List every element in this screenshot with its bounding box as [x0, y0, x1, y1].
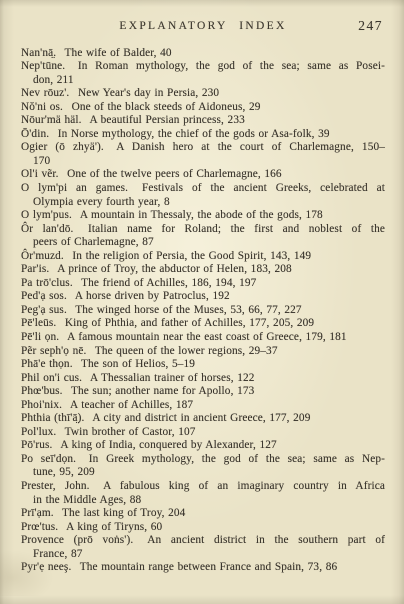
entry-term: Phā'e thọn. [21, 358, 73, 370]
entry-continuation-line: peers of Charlemagne, 87 [21, 236, 385, 250]
entry-definition: In Roman mythology, the god of the sea; … [78, 60, 385, 72]
index-entry: Ō'din. In Norse mythology, the chief of … [21, 128, 385, 142]
index-entry: Pē'leūs. King of Phthia, and father of A… [21, 317, 385, 331]
page-title: EXPLANATORY INDEX [21, 20, 385, 32]
entry-first-line: Ogier (ō zhyä'). A Danish hero at the co… [21, 141, 385, 155]
entry-term: Ôr lan'dō. [21, 223, 73, 235]
book-page-scan: EXPLANATORY INDEX 247 Nan'nā̤. The wife … [0, 0, 404, 604]
entry-first-line: Nan'nā̤. The wife of Balder, 40 [21, 47, 385, 61]
entry-term: Ogier (ō zhyä'). [21, 141, 104, 153]
entry-definition: A king of Tiryns, 60 [66, 521, 162, 533]
entry-definition: The sun; another name for Apollo, 173 [71, 385, 254, 397]
index-entry: Par'is. A prince of Troy, the abductor o… [21, 263, 385, 277]
entry-term: O lym'pi an games. [21, 182, 128, 194]
entry-first-line: Phœ'bus. The sun; another name for Apoll… [21, 385, 385, 399]
entry-term: Pol'lux. [21, 426, 56, 438]
entry-term: Prī'ạm. [21, 507, 54, 519]
entry-first-line: Pē'leūs. King of Phthia, and father of A… [21, 317, 385, 331]
index-entry: O lym'pi an games. Festivals of the anci… [21, 182, 385, 209]
entry-definition: In the religion of Persia, the Good Spir… [72, 250, 311, 262]
index-entry: Prœ'tus. A king of Tiryns, 60 [21, 521, 385, 535]
entry-first-line: Prester, John. A fabulous king of an ima… [21, 480, 385, 494]
entry-term: Phil on'i cus. [21, 372, 82, 384]
entry-term: Nep'tūne. [21, 60, 65, 72]
entry-term: Phoi'nix. [21, 399, 62, 411]
index-entry: Prester, John. A fabulous king of an ima… [21, 480, 385, 507]
index-entry: Nŏ'ni os. One of the black steeds of Aid… [21, 101, 385, 115]
entry-definition: An ancient district in the southern part… [147, 534, 385, 546]
index-entry: Ôr lan'dō. Italian name for Roland; the … [21, 223, 385, 250]
entry-definition: A fabulous king of an imaginary country … [103, 480, 385, 492]
entry-definition: In Norse mythology, the chief of the god… [58, 128, 330, 140]
entry-term: Provence (prō voṅs'). [21, 534, 133, 546]
entry-first-line: Pa trō'clus. The friend of Achilles, 186… [21, 277, 385, 291]
entry-definition: One of the twelve peers of Charlemagne, … [67, 168, 282, 180]
entry-term: Ped'ạ sos. [21, 290, 67, 302]
entry-first-line: Prī'ạm. The last king of Troy, 204 [21, 507, 385, 521]
index-entry: Phœ'bus. The sun; another name for Apoll… [21, 385, 385, 399]
index-entry: Pẽr seph'ọ nē. The queen of the lower re… [21, 345, 385, 359]
entry-term: Nev rōuz'. [21, 87, 69, 99]
entry-definition: The last king of Troy, 204 [62, 507, 185, 519]
entry-term: Pẽr seph'ọ nē. [21, 345, 86, 357]
entry-definition: Italian name for Roland; the first and n… [88, 223, 385, 235]
page-number: 247 [358, 18, 383, 34]
entry-continuation-line: Olympia every fourth year, 8 [21, 196, 385, 210]
index-entry: Phā'e thọn. The son of Helios, 5–19 [21, 358, 385, 372]
index-entry: Pyr'ẹ neeş. The mountain range between F… [21, 561, 385, 575]
entry-first-line: Pyr'ẹ neeş. The mountain range between F… [21, 561, 385, 575]
entry-first-line: Nev rōuz'. New Year's day in Persia, 230 [21, 87, 385, 101]
index-entry: Ol'i vẽr. One of the twelve peers of Cha… [21, 168, 385, 182]
index-entry: O lym'pus. A mountain in Thessaly, the a… [21, 209, 385, 223]
entry-term: Par'is. [21, 263, 49, 275]
entry-definition: A king of India, conquered by Alexander,… [60, 439, 276, 451]
entry-definition: The son of Helios, 5–19 [81, 358, 195, 370]
entry-continuation-line: don, 211 [21, 74, 385, 88]
entry-first-line: O lym'pus. A mountain in Thessaly, the a… [21, 209, 385, 223]
entry-first-line: Pō'rus. A king of India, conquered by Al… [21, 439, 385, 453]
index-entry: Nōur'mä häl. A beautiful Persian princes… [21, 114, 385, 128]
entry-definition: A beautiful Persian princess, 233 [89, 114, 244, 126]
entry-term: Pa trō'clus. [21, 277, 73, 289]
entry-first-line: Ôr'muzd. In the religion of Persia, the … [21, 250, 385, 264]
entry-term: Pē'leūs. [21, 317, 56, 329]
entry-definition: A teacher of Achilles, 187 [70, 399, 193, 411]
index-entry: Ped'ạ sos. A horse driven by Patroclus, … [21, 290, 385, 304]
entry-definition: A city and district in ancient Greece, 1… [92, 412, 310, 424]
entry-definition: A mountain in Thessaly, the abode of the… [80, 209, 323, 221]
entry-definition: One of the black steeds of Aidoneus, 29 [72, 101, 261, 113]
index-entry: Phoi'nix. A teacher of Achilles, 187 [21, 399, 385, 413]
entry-first-line: Pẽr seph'ọ nē. The queen of the lower re… [21, 345, 385, 359]
entry-term: Prœ'tus. [21, 521, 58, 533]
entry-term: Pyr'ẹ neeş. [21, 561, 71, 573]
running-head: EXPLANATORY INDEX 247 [21, 20, 385, 38]
entry-first-line: Prœ'tus. A king of Tiryns, 60 [21, 521, 385, 535]
entry-term: Ôr'muzd. [21, 250, 64, 262]
index-entry: Nep'tūne. In Roman mythology, the god of… [21, 60, 385, 87]
entry-definition: Twin brother of Castor, 107 [65, 426, 196, 438]
index-entry: Peg'ạ sus. The winged horse of the Muses… [21, 304, 385, 318]
entry-first-line: O lym'pi an games. Festivals of the anci… [21, 182, 385, 196]
entry-definition: A Danish hero at the court of Charlemagn… [116, 141, 385, 153]
entry-term: O lym'pus. [21, 209, 72, 221]
index-entry: Pa trō'clus. The friend of Achilles, 186… [21, 277, 385, 291]
entry-first-line: Ol'i vẽr. One of the twelve peers of Cha… [21, 168, 385, 182]
index-entry: Provence (prō voṅs'). An ancient distric… [21, 534, 385, 561]
entry-first-line: Pol'lux. Twin brother of Castor, 107 [21, 426, 385, 440]
entry-term: Pō'rus. [21, 439, 52, 451]
entry-first-line: Ôr lan'dō. Italian name for Roland; the … [21, 223, 385, 237]
entry-definition: A Thessalian trainer of horses, 122 [90, 372, 255, 384]
index-entry: Pō'rus. A king of India, conquered by Al… [21, 439, 385, 453]
entry-term: Phthia (thī'ā̤). [21, 412, 84, 424]
entry-term: Nan'nā̤. [21, 47, 56, 59]
index-entry: Phthia (thī'ā̤). A city and district in … [21, 412, 385, 426]
entry-first-line: Nep'tūne. In Roman mythology, the god of… [21, 60, 385, 74]
entry-continuation-line: in the Middle Ages, 88 [21, 494, 385, 508]
entry-definition: The winged horse of the Muses, 53, 66, 7… [75, 304, 301, 316]
index-entry: Prī'ạm. The last king of Troy, 204 [21, 507, 385, 521]
entry-first-line: Po seī'dọn. In Greek mythology, the god … [21, 453, 385, 467]
entry-term: Po seī'dọn. [21, 453, 76, 465]
entry-definition: In Greek mythology, the god of the sea; … [89, 453, 385, 465]
entry-definition: A famous mountain near the east coast of… [67, 331, 347, 343]
entry-first-line: Par'is. A prince of Troy, the abductor o… [21, 263, 385, 277]
entry-first-line: Ō'din. In Norse mythology, the chief of … [21, 128, 385, 142]
index-entry: Ôr'muzd. In the religion of Persia, the … [21, 250, 385, 264]
entry-definition: A prince of Troy, the abductor of Helen,… [57, 263, 292, 275]
entry-definition: A horse driven by Patroclus, 192 [75, 290, 230, 302]
entry-term: Ō'din. [21, 128, 49, 140]
entry-first-line: Provence (prō voṅs'). An ancient distric… [21, 534, 385, 548]
entry-first-line: Phil on'i cus. A Thessalian trainer of h… [21, 372, 385, 386]
entry-definition: The mountain range between France and Sp… [80, 561, 338, 573]
entry-term: Ol'i vẽr. [21, 168, 59, 180]
entry-term: Peg'ạ sus. [21, 304, 67, 316]
entry-first-line: Nōur'mä häl. A beautiful Persian princes… [21, 114, 385, 128]
entry-first-line: Pē'li ọn. A famous mountain near the eas… [21, 331, 385, 345]
entry-term: Pē'li ọn. [21, 331, 59, 343]
index-entry: Phil on'i cus. A Thessalian trainer of h… [21, 372, 385, 386]
entry-definition: The queen of the lower regions, 29–37 [95, 345, 278, 357]
index-entry: Nan'nā̤. The wife of Balder, 40 [21, 47, 385, 61]
entry-continuation-line: 170 [21, 155, 385, 169]
index-entry: Pē'li ọn. A famous mountain near the eas… [21, 331, 385, 345]
entry-definition: King of Phthia, and father of Achilles, … [65, 317, 314, 329]
entry-first-line: Nŏ'ni os. One of the black steeds of Aid… [21, 101, 385, 115]
entry-first-line: Phthia (thī'ā̤). A city and district in … [21, 412, 385, 426]
index-entries: Nan'nā̤. The wife of Balder, 40Nep'tūne.… [21, 47, 385, 575]
entry-first-line: Peg'ạ sus. The winged horse of the Muses… [21, 304, 385, 318]
index-entry: Nev rōuz'. New Year's day in Persia, 230 [21, 87, 385, 101]
index-entry: Ogier (ō zhyä'). A Danish hero at the co… [21, 141, 385, 168]
entry-term: Phœ'bus. [21, 385, 63, 397]
entry-definition: New Year's day in Persia, 230 [78, 87, 219, 99]
entry-definition: The wife of Balder, 40 [65, 47, 172, 59]
index-entry: Pol'lux. Twin brother of Castor, 107 [21, 426, 385, 440]
entry-continuation-line: tune, 95, 209 [21, 466, 385, 480]
entry-term: Nōur'mä häl. [21, 114, 82, 126]
entry-first-line: Ped'ạ sos. A horse driven by Patroclus, … [21, 290, 385, 304]
entry-first-line: Phā'e thọn. The son of Helios, 5–19 [21, 358, 385, 372]
entry-term: Prester, John. [21, 480, 90, 492]
index-entry: Po seī'dọn. In Greek mythology, the god … [21, 453, 385, 480]
entry-continuation-line: France, 87 [21, 548, 385, 562]
entry-term: Nŏ'ni os. [21, 101, 63, 113]
entry-definition: The friend of Achilles, 186, 194, 197 [81, 277, 256, 289]
entry-definition: Festivals of the ancient Greeks, celebra… [142, 182, 385, 194]
entry-first-line: Phoi'nix. A teacher of Achilles, 187 [21, 399, 385, 413]
